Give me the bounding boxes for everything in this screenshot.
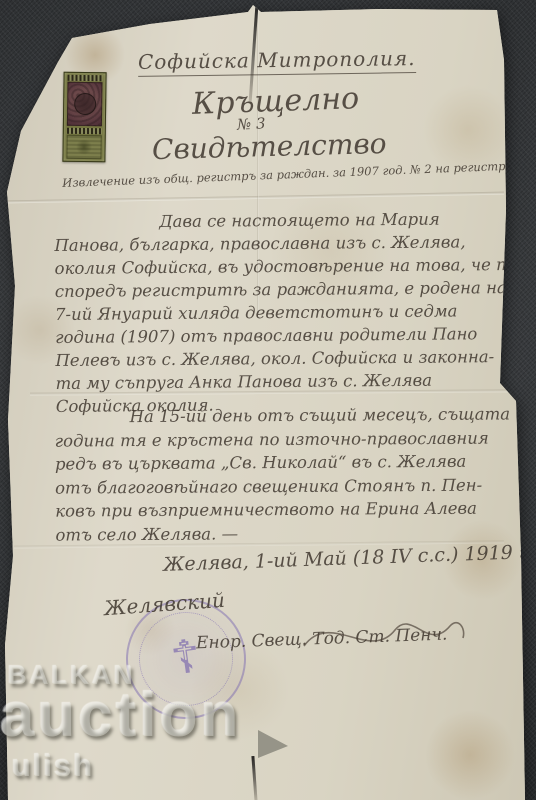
paper-fold-corner [258,730,288,758]
watermark-line-auction: auction [0,680,241,751]
handwritten-line: На 15-ий день отъ същий месецъ, същата [130,402,511,428]
paper-tear-bottom [251,756,257,800]
revenue-stamp-top-inscription [68,75,103,81]
handwritten-line: ковъ при възприемничеството на Ерина Але… [55,496,511,523]
handwritten-line: година тя е кръстена по източно-правосла… [55,426,511,453]
body-paragraph-1: Дава се настоящето на Мария Панова, бълг… [54,207,504,418]
document-title-word1: Кръщелно [191,81,359,122]
fold-crease-horizontal-upper [8,192,504,204]
revenue-stamp-lower-panel [66,135,101,159]
document-title-word2: Свидѣтелство [152,127,387,166]
document-subtitle: Извлечение изъ общ. регистръ за раждан. … [62,159,516,190]
watermark-line-ulish: ulish [12,748,94,784]
revenue-stamp-medallion-icon [74,93,96,115]
handwritten-line: редъ въ църквата „Св. Николай“ въ с. Жел… [55,449,511,476]
handwritten-line: отъ село Желява. — [55,520,511,547]
photo-background-fabric: ☦ Софийска Митрополия. Кръщелно № 3 Свид… [0,0,536,800]
handwritten-line: Пелевъ изъ с. Желява, окол. Софийска и з… [55,345,503,372]
body-paragraph-2: На 15-ий день отъ същий месецъ, същата г… [55,402,512,546]
handwritten-line: отъ благоговѣйнаго свещеника Стоянъ п. П… [55,473,511,500]
revenue-stamp-value-inscription [67,128,102,134]
signature-flourish-icon [300,608,470,663]
place-date-line: Желява, 1-ий Май (18 IV с.с.) 1919 год. [163,540,536,576]
revenue-stamp [62,72,106,163]
revenue-stamp-emblem-panel [67,82,103,126]
handwritten-line: Дава се настоящето на Мария [159,207,502,233]
document-header: Софийска Митрополия. [138,46,416,77]
